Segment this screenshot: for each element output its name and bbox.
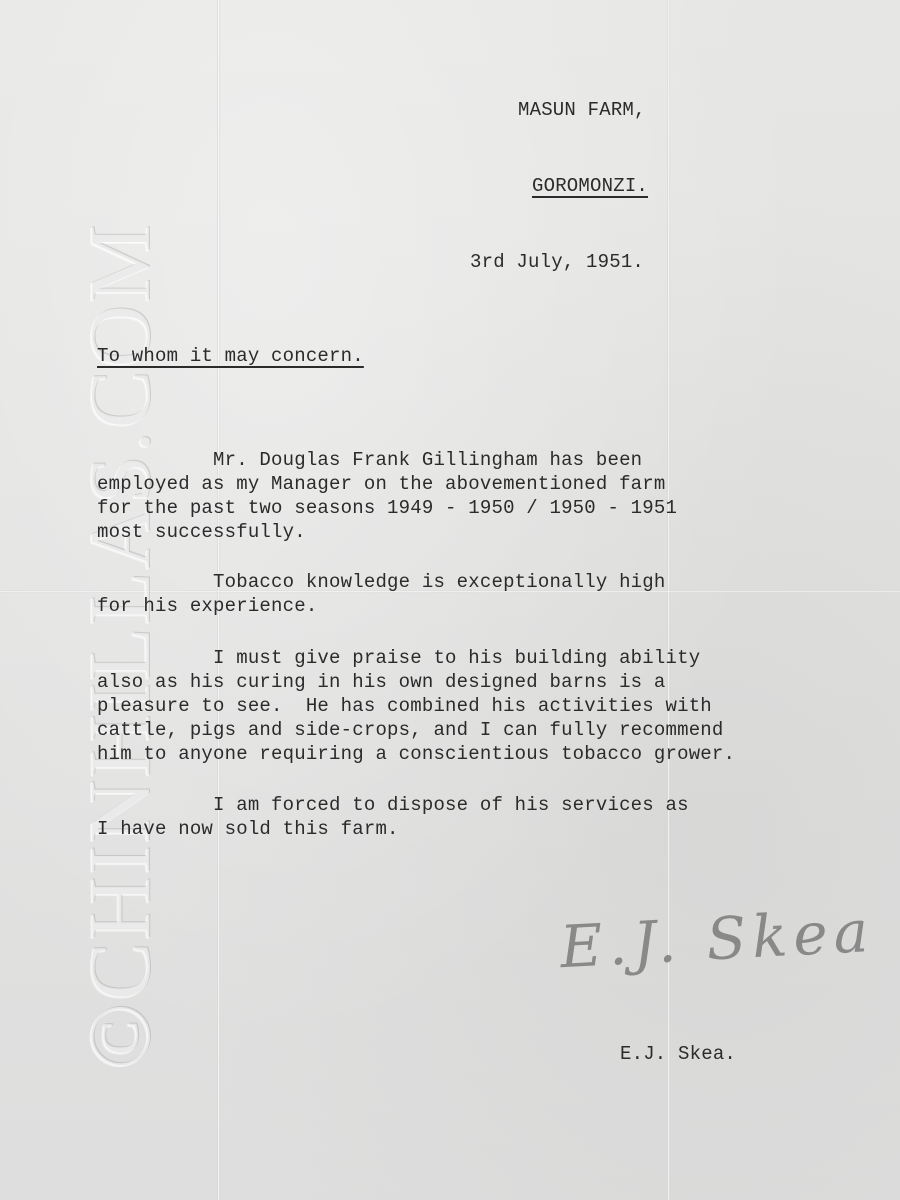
text-line: also as his curing in his own designed b… xyxy=(97,670,666,695)
text-line: I am forced to dispose of his services a… xyxy=(97,793,689,818)
text-line: I must give praise to his building abili… xyxy=(97,646,700,671)
text-line: pleasure to see. He has combined his act… xyxy=(97,694,712,719)
text-line: Tobacco knowledge is exceptionally high xyxy=(97,570,666,595)
text-line: for the past two seasons 1949 - 1950 / 1… xyxy=(97,496,677,521)
text-line: Mr. Douglas Frank Gillingham has been xyxy=(97,448,642,473)
letterhead-location: GOROMONZI. xyxy=(532,174,648,199)
typed-signature: E.J. Skea. xyxy=(620,1042,736,1067)
text-line: employed as my Manager on the abovementi… xyxy=(97,472,666,497)
text-line: most successfully. xyxy=(97,520,306,545)
letterhead-farm: MASUN FARM, xyxy=(518,98,646,123)
handwritten-signature: E.J. Skea xyxy=(558,897,875,981)
text-line: for his experience. xyxy=(97,594,317,619)
salutation: To whom it may concern. xyxy=(97,344,364,369)
text-line: I have now sold this farm. xyxy=(97,817,399,842)
fold-line xyxy=(667,0,670,1200)
letter-date: 3rd July, 1951. xyxy=(470,250,644,275)
text-line: him to anyone requiring a conscientious … xyxy=(97,742,735,767)
text-line: cattle, pigs and side-crops, and I can f… xyxy=(97,718,724,743)
